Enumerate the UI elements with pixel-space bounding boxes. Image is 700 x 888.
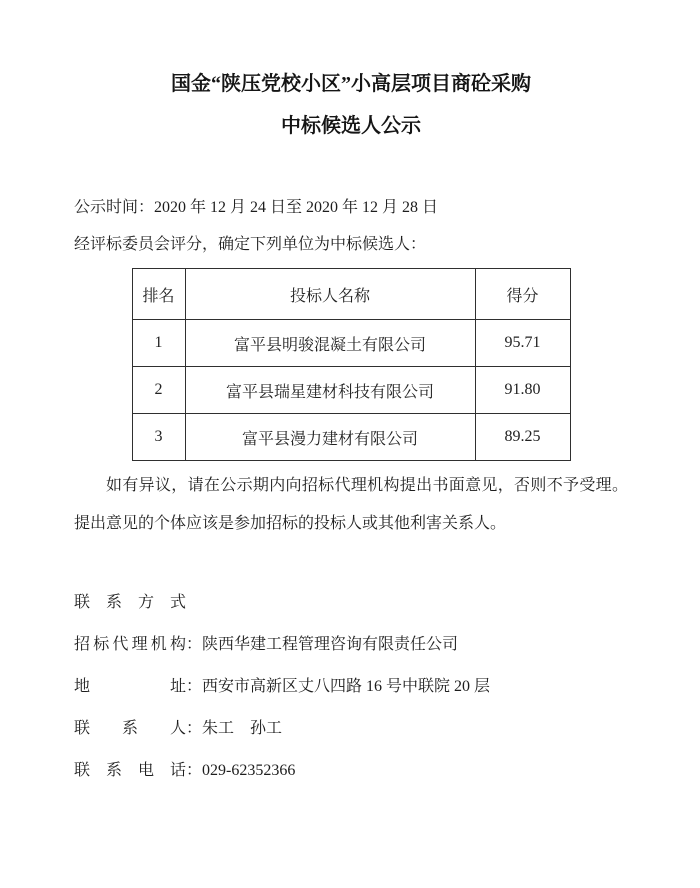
- table-row: 1 富平县明骏混凝土有限公司 95.71: [132, 320, 570, 367]
- cell-bidder-name: 富平县明骏混凝土有限公司: [185, 320, 475, 367]
- contact-row-phone: 联系电话：029-62352366: [74, 763, 628, 779]
- column-header-bidder: 投标人名称: [185, 269, 475, 320]
- contact-value: 陕西华建工程管理咨询有限责任公司: [202, 637, 458, 653]
- table-row: 3 富平县漫力建材有限公司 89.25: [132, 414, 570, 461]
- contact-label: 地址: [74, 679, 186, 695]
- contact-row-person: 联系人：朱工 孙工: [74, 721, 628, 737]
- contact-value: 朱工 孙工: [202, 721, 282, 737]
- column-header-rank: 排名: [132, 269, 185, 320]
- cell-rank: 1: [132, 320, 185, 367]
- publicity-period: 公示时间：2020 年 12 月 24 日至 2020 年 12 月 28 日: [74, 200, 628, 216]
- cell-bidder-name: 富平县漫力建材有限公司: [185, 414, 475, 461]
- contact-separator: ：: [186, 679, 202, 695]
- candidates-table: 排名 投标人名称 得分 1 富平县明骏混凝土有限公司 95.71 2 富平县瑞星…: [132, 268, 571, 461]
- cell-rank: 2: [132, 367, 185, 414]
- cell-score: 95.71: [475, 320, 570, 367]
- contact-heading: 联系方式: [74, 595, 628, 611]
- contact-heading-label: 联系方式: [74, 595, 186, 611]
- contact-section: 联系方式 招标代理机构：陕西华建工程管理咨询有限责任公司 地址：西安市高新区丈八…: [74, 595, 628, 779]
- objection-notice: 如有异议，请在公示期内向招标代理机构提出书面意见，否则不予受理。提出意见的个体应…: [74, 467, 628, 543]
- contact-value: 西安市高新区丈八四路 16 号中联院 20 层: [202, 679, 490, 695]
- title-line-2: 中标候选人公示: [74, 116, 628, 136]
- title-line-1: 国金“陕压党校小区”小高层项目商砼采购: [74, 74, 628, 94]
- cell-score: 91.80: [475, 367, 570, 414]
- meta-section: 公示时间：2020 年 12 月 24 日至 2020 年 12 月 28 日 …: [74, 200, 628, 253]
- table-header-row: 排名 投标人名称 得分: [132, 269, 570, 320]
- contact-separator: ：: [186, 763, 202, 779]
- cell-score: 89.25: [475, 414, 570, 461]
- contact-label: 联系人: [74, 721, 186, 737]
- evaluation-intro: 经评标委员会评分，确定下列单位为中标候选人：: [74, 237, 628, 253]
- contact-row-agency: 招标代理机构：陕西华建工程管理咨询有限责任公司: [74, 637, 628, 653]
- column-header-score: 得分: [475, 269, 570, 320]
- contact-row-address: 地址：西安市高新区丈八四路 16 号中联院 20 层: [74, 679, 628, 695]
- contact-separator: ：: [186, 637, 202, 653]
- document-title: 国金“陕压党校小区”小高层项目商砼采购 中标候选人公示: [74, 74, 628, 136]
- contact-label: 联系电话: [74, 763, 186, 779]
- cell-bidder-name: 富平县瑞星建材科技有限公司: [185, 367, 475, 414]
- contact-label: 招标代理机构: [74, 637, 186, 653]
- contact-value: 029-62352366: [202, 763, 295, 779]
- table-row: 2 富平县瑞星建材科技有限公司 91.80: [132, 367, 570, 414]
- cell-rank: 3: [132, 414, 185, 461]
- contact-separator: ：: [186, 721, 202, 737]
- notice-document-page: 国金“陕压党校小区”小高层项目商砼采购 中标候选人公示 公示时间：2020 年 …: [0, 0, 700, 888]
